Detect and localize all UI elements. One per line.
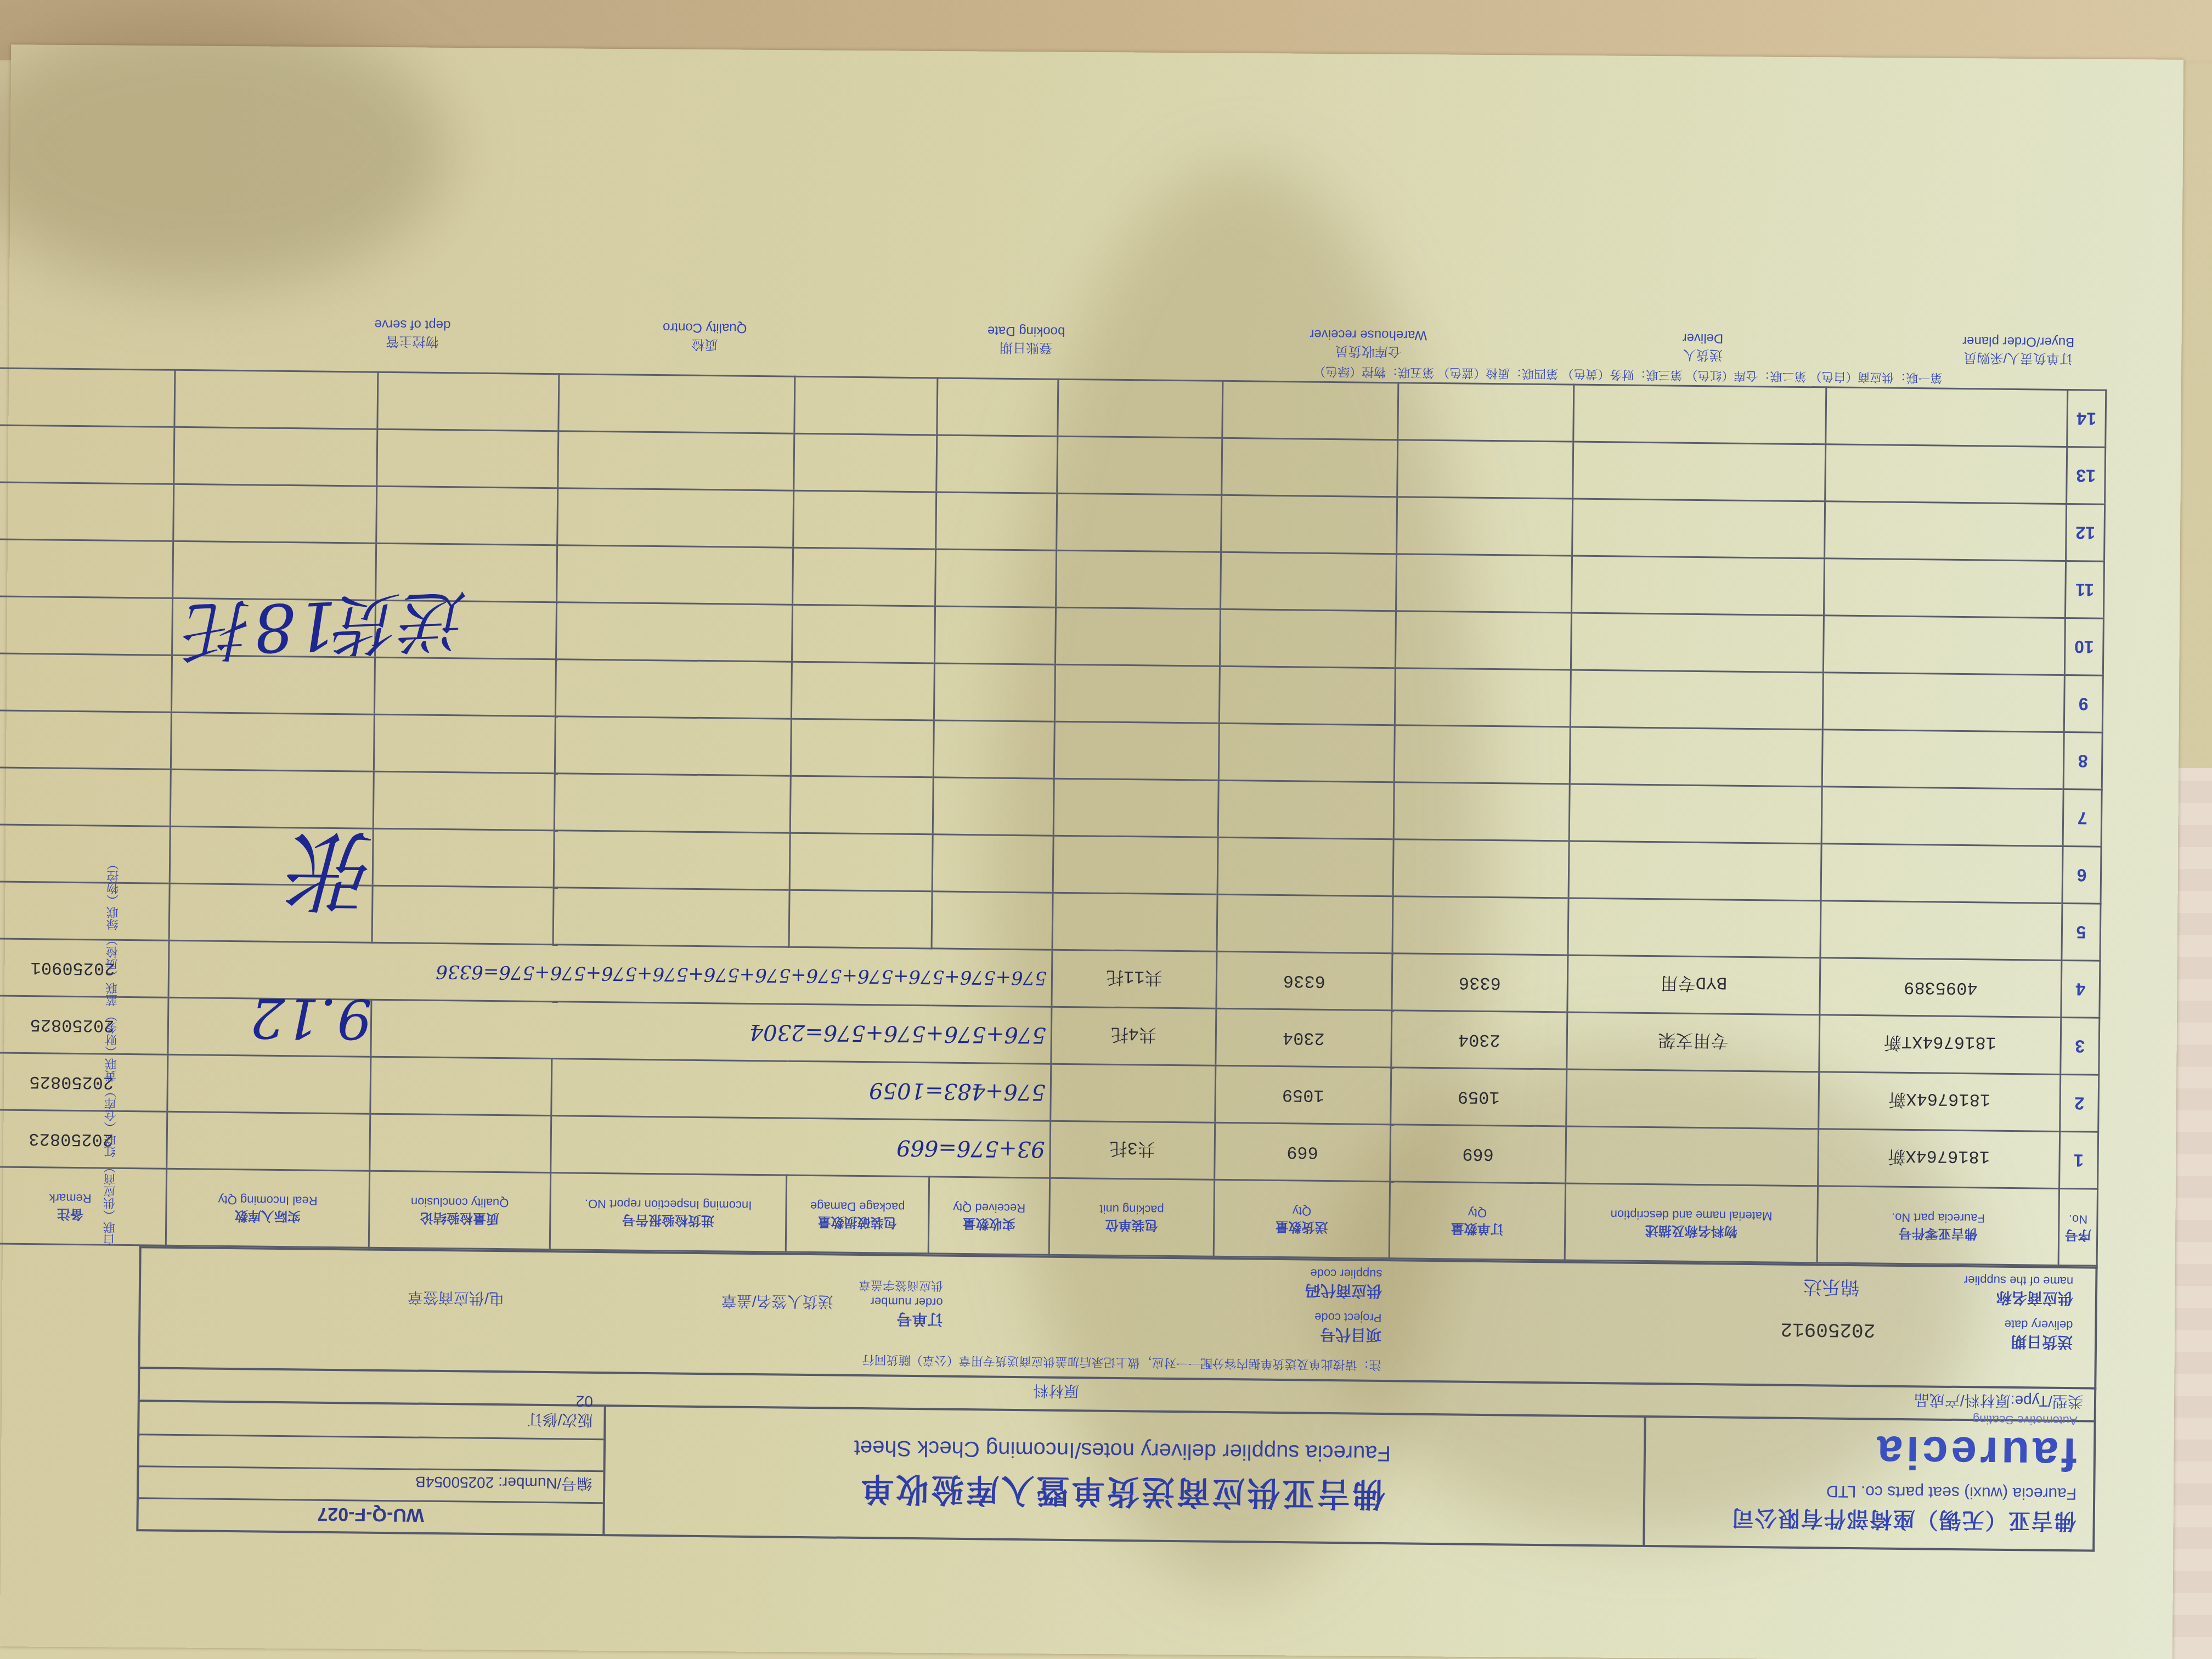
description: 专用支架 <box>1567 1012 1820 1072</box>
packing-unit: 共11托 <box>1052 950 1217 1008</box>
supplier-name-value: 锦乐达 <box>1803 1275 1860 1302</box>
col-delivery-qty: 送货数量Qty <box>1214 1180 1390 1258</box>
row-no: 5 <box>2062 903 2101 961</box>
form-header: 佛吉亚（无锡）座椅部件有限公司 Faurecia (wuxi) seat par… <box>136 1400 2096 1551</box>
packing-unit: 共4托 <box>1051 1007 1216 1065</box>
form-code: WU-Q-F-027 <box>138 1497 603 1534</box>
part-no: 4095389 <box>1820 958 2062 1018</box>
handwritten-calc: 93+576=669 <box>551 1116 1051 1178</box>
remark: 20250823 <box>0 1110 167 1169</box>
project-code-sublabel: Project code <box>1314 1310 1382 1325</box>
col-no: 序号No. <box>2058 1188 2097 1266</box>
signature-stamp-label: 电/供应商签章 <box>408 1287 504 1310</box>
sig-warehouse: 仓库收货员Warehouse receiver <box>1310 326 1427 360</box>
handwritten-pallet-note: 送货18托 <box>186 577 471 683</box>
col-received-qty: 实收数量Received Qty <box>928 1177 1049 1255</box>
real-incoming-qty <box>167 1054 371 1114</box>
company-block: 佛吉亚（无锡）座椅部件有限公司 Faurecia (wuxi) seat par… <box>1643 1418 2093 1550</box>
supplier-code-field: 供应商代码 supplier code <box>1305 1266 1383 1303</box>
order-qty: 6336 <box>1392 953 1568 1012</box>
delivery-qty: 1059 <box>1215 1065 1391 1124</box>
handwritten-calc: 576+576+576+576=2304 <box>371 1000 1052 1064</box>
order-qty: 1059 <box>1391 1068 1567 1126</box>
packing-unit: 共3托 <box>1050 1121 1215 1180</box>
row-no: 13 <box>2067 447 2106 504</box>
col-order-qty: 订单数量Qty <box>1389 1182 1565 1260</box>
row-no: 14 <box>2067 390 2106 447</box>
order-qty: 669 <box>1390 1125 1566 1183</box>
form-number-label: 编号/Number: <box>498 1474 592 1492</box>
packing-unit <box>1051 1064 1216 1122</box>
title-block: 佛吉亚供应商送货单暨入库验收单 Faurecia supplier delive… <box>600 1407 1644 1545</box>
remark: 20250825 <box>0 1053 168 1112</box>
row-no: 12 <box>2066 504 2105 561</box>
delivery-info: 注：请按此单及送货单据内容分配一一对应，做上记录后加盖供应商送货专用章（公章）随… <box>138 1246 2097 1387</box>
quality-conclusion <box>370 1114 551 1172</box>
row-no: 4 <box>2061 960 2100 1018</box>
remark: 20250901 <box>0 939 169 998</box>
sig-dept: 物控主管dept of serve <box>374 316 450 349</box>
delivery-qty: 669 <box>1215 1122 1391 1181</box>
part-no: 1816764XT新 <box>1819 1015 2061 1075</box>
supplier-name-sublabel: name of the supplier <box>1964 1273 2074 1288</box>
row-no: 1 <box>2059 1131 2098 1189</box>
sig-buyer: 订单负责人/采购员Buyer/Order planer <box>1962 332 2075 366</box>
col-part-no: 佛吉亚零件号Faurecia part No. <box>1817 1186 2059 1266</box>
project-code-field: 项目代号 Project code <box>1314 1310 1382 1347</box>
delivery-date-value: 20250912 <box>1780 1318 1875 1341</box>
sig-deliverer: 送货人Deliver <box>1682 330 1723 363</box>
project-code-label: 项目代号 <box>1314 1324 1382 1347</box>
supplier-code-sublabel: supplier code <box>1305 1266 1382 1281</box>
delivery-date-sublabel: delivery date <box>2005 1317 2073 1332</box>
brand-logo: faurecia <box>1662 1423 2078 1481</box>
supplier-name-field: 供应商名称 name of the supplier <box>1963 1273 2073 1310</box>
row-no: 7 <box>2063 789 2102 847</box>
description <box>1566 1126 1819 1186</box>
order-number-note: 供应商签字盖章 <box>859 1277 943 1295</box>
delivery-date-label: 送货日期 <box>2004 1331 2073 1354</box>
blank-meta-row <box>139 1434 604 1470</box>
part-no: 1816764X新 <box>1819 1072 2061 1132</box>
company-name-cn: 佛吉亚（无锡）座椅部件有限公司 <box>1661 1503 2076 1538</box>
row-no: 8 <box>2063 732 2102 789</box>
row-no: 9 <box>2064 675 2103 732</box>
part-no: 1816764X新 <box>1818 1129 2060 1189</box>
form-number: 编号/Number: 20250054B <box>139 1465 603 1502</box>
col-packing-unit: 包装单位packing unit <box>1049 1178 1214 1256</box>
description <box>1566 1069 1819 1129</box>
delivery-qty: 2304 <box>1216 1008 1392 1067</box>
handwritten-date: 9.12 <box>250 985 373 1051</box>
delivery-qty: 6336 <box>1216 951 1392 1010</box>
sig-quality-control: 质检Quality Contro <box>662 319 747 353</box>
receive-stamp-label: 送货人签名/盖章 <box>721 1290 833 1313</box>
supplier-name-label: 供应商名称 <box>1963 1287 2073 1310</box>
order-number-label: 订单号 <box>858 1308 943 1331</box>
row-no: 2 <box>2060 1074 2099 1132</box>
remark: 20250825 <box>0 996 168 1055</box>
quality-conclusion <box>370 1057 552 1115</box>
instruction-note: 注：请按此单及送货单据内容分配一一对应，做上记录后加盖供应商送货专用章（公章）随… <box>339 1346 1381 1374</box>
order-number-sublabel: order number <box>859 1294 943 1310</box>
col-description: 物料名称及描述Material name and description <box>1565 1183 1818 1263</box>
row-no: 10 <box>2064 618 2103 675</box>
form-number-value: 20250054B <box>415 1474 494 1491</box>
col-remark: 备注Remark <box>0 1167 167 1246</box>
form-title-en: Faurecia supplier delivery notes/Incomin… <box>601 1432 1644 1468</box>
revision-row: 版次/修订 02 <box>139 1402 604 1438</box>
row-no: 6 <box>2062 846 2101 904</box>
form-title-cn: 佛吉亚供应商送货单暨入库验收单 <box>601 1465 1644 1523</box>
row-no: 3 <box>2061 1017 2100 1075</box>
row-no: 11 <box>2065 561 2104 618</box>
col-package-damage: 包装破损数量package Damage <box>786 1175 929 1254</box>
delivery-date-field: 送货日期 delivery date <box>2004 1317 2073 1354</box>
order-number-field: 订单号 order number 供应商签字盖章 <box>858 1277 943 1331</box>
order-qty: 2304 <box>1391 1011 1567 1069</box>
delivery-check-sheet: 佛吉亚（无锡）座椅部件有限公司 Faurecia (wuxi) seat par… <box>136 297 2107 1551</box>
description: BYD专用 <box>1567 955 1820 1015</box>
type-label: 类型/Type:原材料/产成品 <box>1914 1391 2083 1410</box>
real-incoming-qty <box>167 1111 370 1171</box>
company-name-en: Faurecia (wuxi) seat parts co. LTD <box>1662 1480 2076 1503</box>
shadow <box>0 12 450 289</box>
supplier-code-label: 供应商代码 <box>1305 1280 1382 1303</box>
sig-booking-date: 登账日期booking Date <box>987 322 1065 356</box>
handwritten-signature: 张 <box>291 814 380 941</box>
type-mid-label: 原材料 <box>1033 1380 1079 1403</box>
revision-label: 版次/修订 <box>371 1408 592 1432</box>
col-quality-conclusion: 质量检验结论Quality conclusion <box>369 1171 550 1249</box>
col-inspection-report: 进货检验报告号Incoming Inspection report NO. <box>550 1173 786 1252</box>
handwritten-calc: 576+483=1059 <box>551 1059 1051 1121</box>
col-real-incoming-qty: 实际入库数Real Incoming Qty <box>166 1169 369 1248</box>
form-meta: WU-Q-F-027 编号/Number: 20250054B 版次/修订 02 <box>138 1402 606 1534</box>
